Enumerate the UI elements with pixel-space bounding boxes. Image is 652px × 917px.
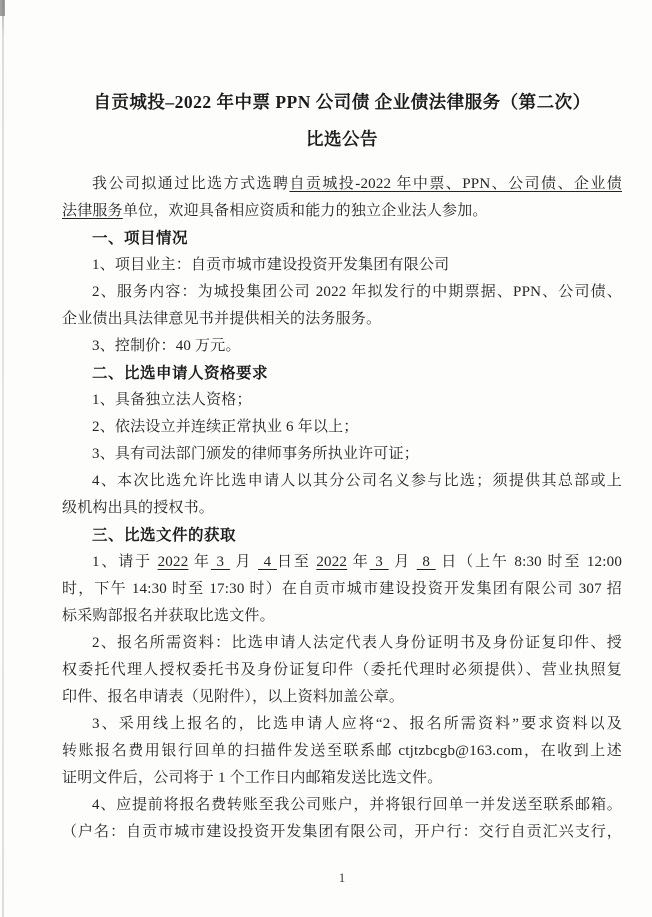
date-sep: 月 xyxy=(230,554,258,570)
section2-heading: 二、比选申请人资格要求 xyxy=(62,360,622,387)
document-subtitle: 比选公告 xyxy=(62,121,622,158)
date-month-end: 3 xyxy=(370,554,389,570)
contact-email: ctjtzbcgb@163.com xyxy=(398,743,522,759)
date-year-start: 2022 xyxy=(158,554,189,570)
date-day-end: 8 xyxy=(417,554,436,570)
section3-item3-line2: 转账报名费用银行回单的扫描件发送至联系邮 ctjtzbcgb@163.com，在… xyxy=(62,738,622,765)
section1-item2-line1: 2、服务内容：为城投集团公司 2022 年拟发行的中期票据、PPN、公司债、 xyxy=(62,279,622,306)
section3-item4-line1: 4、应提前将报名费转账至我公司账户，并将银行回单一并发送至联系邮箱。 xyxy=(62,792,622,819)
date-sep: 年 xyxy=(347,554,370,570)
section2-item4-line2: 级机构出具的授权书。 xyxy=(62,495,622,522)
date-year-end: 2022 xyxy=(316,554,347,570)
section3-item1-line3: 标采购部报名并获取比选文件。 xyxy=(62,603,622,630)
intro-text: 我公司拟通过比选方式选聘 xyxy=(92,176,289,192)
section3-item2-line2: 权委托代理人授权委托书及身份证复印件（委托代理时必须提供）、营业执照复 xyxy=(62,657,622,684)
date-month-start: 3 xyxy=(211,554,230,570)
intro-line-2: 法律服务单位，欢迎具备相应资质和能力的独立企业法人参加。 xyxy=(62,198,622,225)
document-title: 自贡城投–2022 年中票 PPN 公司债 企业债法律服务（第二次） xyxy=(62,84,622,121)
section2-item1: 1、具备独立法人资格； xyxy=(62,387,622,414)
intro-text-2: 单位，欢迎具备相应资质和能力的独立企业法人参加。 xyxy=(123,203,488,219)
document-body: 我公司拟通过比选方式选聘自贡城投-2022 年中票、PPN、公司债、企业债 法律… xyxy=(62,171,622,846)
section2-item2: 2、依法设立并连续正常执业 6 年以上； xyxy=(62,414,622,441)
section3-item2-line1: 2、报名所需资料：比选申请人法定代表人身份证明书及身份证复印件、授 xyxy=(62,630,622,657)
email-line-post: ，在收到上述 xyxy=(523,743,622,759)
date-day-start: 4 xyxy=(258,554,277,570)
scanned-document-page: 自贡城投–2022 年中票 PPN 公司债 企业债法律服务（第二次） 比选公告 … xyxy=(0,0,652,917)
date-sep: 年 xyxy=(188,554,211,570)
section2-item4-line1: 4、本次比选允许比选申请人以其分公司名义参与比选；须提供其总部或上 xyxy=(62,468,622,495)
section3-item2-line3: 印件、报名申请表（见附件），以上资料加盖公章。 xyxy=(62,684,622,711)
intro-line-1: 我公司拟通过比选方式选聘自贡城投-2022 年中票、PPN、公司债、企业债 xyxy=(62,171,622,198)
section1-item2-line2: 企业债出具法律意见书并提供相关的法务服务。 xyxy=(62,306,622,333)
section2-item3: 3、具有司法部门颁发的律师事务所执业许可证； xyxy=(62,441,622,468)
section1-item3: 3、控制价：40 万元。 xyxy=(62,333,622,360)
email-line-pre: 转账报名费用银行回单的扫描件发送至联系邮 xyxy=(62,743,398,759)
date-sep: 月 xyxy=(389,554,417,570)
intro-underlined-project-name: 自贡城投-2022 年中票、PPN、公司债、企业债 xyxy=(289,176,622,192)
section3-item4-line2: （户名：自贡市城市建设投资开发集团有限公司，开户行：交行自贡汇兴支行， xyxy=(62,819,622,846)
section3-item3-line3: 证明文件后，公司将于 1 个工作日内邮箱发送比选文件。 xyxy=(62,765,622,792)
date-prefix: 1、请于 xyxy=(92,554,158,570)
scan-edge-artifact xyxy=(2,0,4,917)
section3-item1-line1: 1、请于 2022 年 3 月 4 日至 2022 年 3 月 8 日（上午 8… xyxy=(62,549,622,576)
section3-item1-line2: 时，下午 14:30 时至 17:30 时）在自贡市城市建设投资开发集团有限公司… xyxy=(62,576,622,603)
document-content: 自贡城投–2022 年中票 PPN 公司债 企业债法律服务（第二次） 比选公告 … xyxy=(62,84,622,846)
page-number: 1 xyxy=(62,871,622,886)
section1-heading: 一、项目情况 xyxy=(62,225,622,252)
date-line-tail: 日（上午 8:30 时至 12:00 xyxy=(436,554,622,570)
section3-heading: 三、比选文件的获取 xyxy=(62,522,622,549)
section1-item1: 1、项目业主：自贡市城市建设投资开发集团有限公司 xyxy=(62,252,622,279)
scan-corner-artifact xyxy=(0,0,5,16)
date-sep: 日至 xyxy=(277,554,316,570)
intro-underlined-service: 法律服务 xyxy=(62,203,123,219)
section3-item3-line1: 3、采用线上报名的，比选申请人应将“2、报名所需资料”要求资料以及 xyxy=(62,711,622,738)
